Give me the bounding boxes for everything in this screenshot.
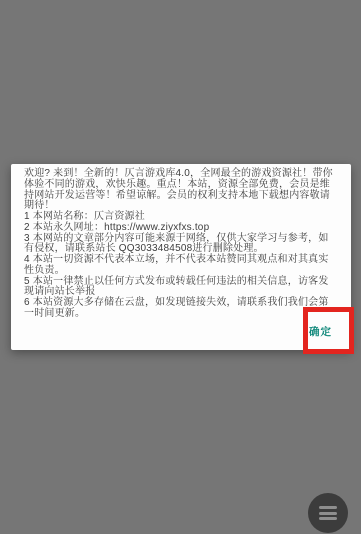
floating-menu-button[interactable] [308,493,348,533]
dialog-message-paragraph: 欢迎? 来到！全新的！仄言游戏库4.0，全网最全的游戏资源社！带你体验不同的游戏… [24,169,338,212]
confirm-button[interactable]: 确定 [305,322,336,341]
dialog-message: 欢迎? 来到！全新的！仄言游戏库4.0，全网最全的游戏资源社！带你体验不同的游戏… [11,164,351,320]
dialog-message-paragraph: 6 本站资源大多存储在云盘，如发现链接失效，请联系我们我们会第一时间更新。 [24,298,338,320]
welcome-dialog: 欢迎? 来到！全新的！仄言游戏库4.0，全网最全的游戏资源社！带你体验不同的游戏… [11,164,351,350]
dialog-message-paragraph: 4 本站一切资源不代表本立场，并不代表本站赞同其观点和对其真实性负责。 [24,255,338,277]
dialog-message-paragraph: 5 本站一律禁止以任何方式发布或转载任何违法的相关信息，访客发现请向站长举报 [24,277,338,299]
dialog-message-paragraph: 3 本网站的文章部分内容可能来源于网络，仅供大家学习与参考，如有侵权，请联系站长… [24,234,338,256]
dimmed-scrim: 欢迎? 来到！全新的！仄言游戏库4.0，全网最全的游戏资源社！带你体验不同的游戏… [0,0,361,534]
dialog-message-paragraph: 2 本站永久网址：https://www.ziyxfxs.top [24,223,338,234]
